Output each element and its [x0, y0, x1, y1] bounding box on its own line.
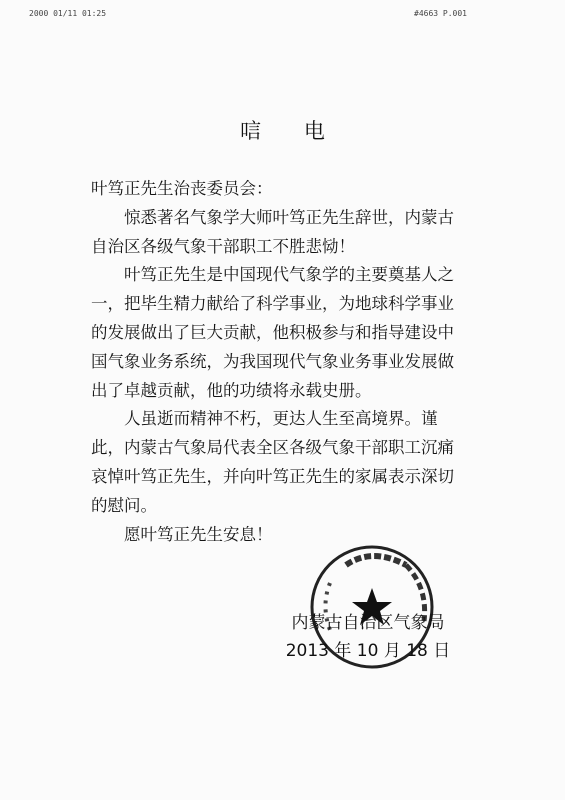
salutation: 叶笃正先生治丧委员会：: [91, 175, 466, 204]
signature-date: 2013 年 10 月 18 日: [283, 637, 453, 665]
fax-page-ref: #4663 P.001: [414, 9, 467, 18]
document-body: 叶笃正先生治丧委员会： 惊悉著名气象学大师叶笃正先生辞世，内蒙古自治区各级气象干…: [91, 175, 466, 549]
signature-organization: 内蒙古自治区气象局: [283, 609, 453, 637]
paragraph: 人虽逝而精神不朽，更达人生至高境界。谨此，内蒙古气象局代表全区各级气象干部职工沉…: [91, 405, 466, 520]
paragraph: 叶笃正先生是中国现代气象学的主要奠基人之一，把毕生精力献给了科学事业，为地球科学…: [91, 261, 466, 405]
document-title: 唁 电: [0, 115, 565, 145]
paragraph: 惊悉著名气象学大师叶笃正先生辞世，内蒙古自治区各级气象干部职工不胜悲恸！: [91, 204, 466, 262]
fax-datetime: 2000 01/11 01:25: [29, 9, 106, 18]
signature-block: 内蒙古自治区气象局 2013 年 10 月 18 日: [283, 609, 453, 665]
